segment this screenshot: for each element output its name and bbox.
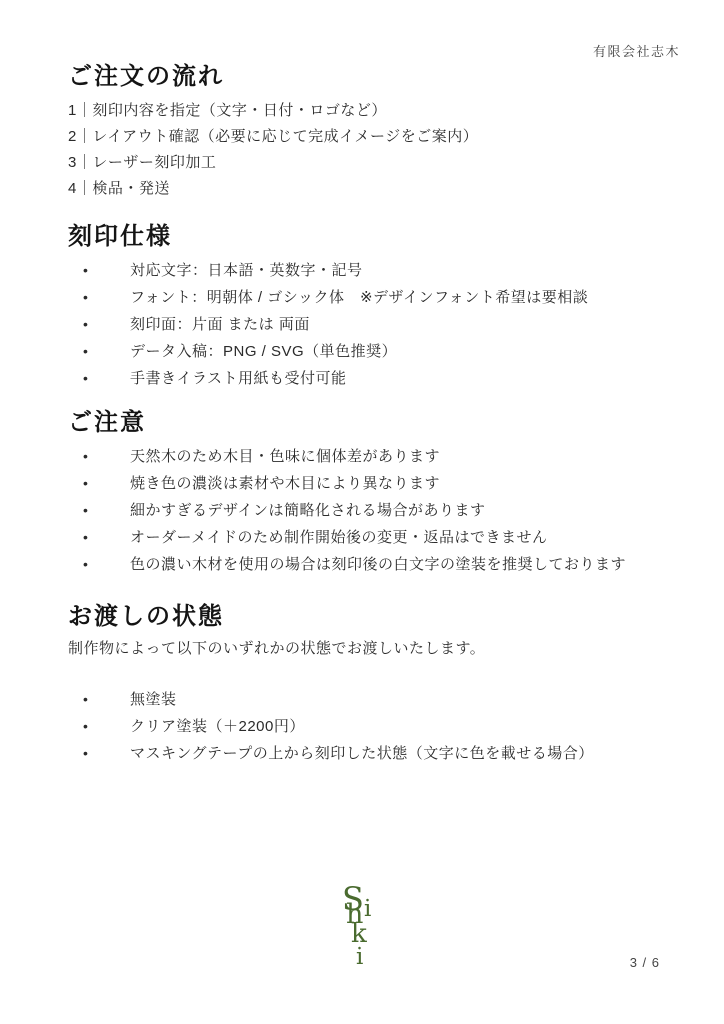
company-name: 有限会社志木 bbox=[593, 41, 680, 60]
specs-heading: 刻印仕様 bbox=[68, 222, 684, 252]
order-step: 1｜刻印内容を指定（文字・日付・ロゴなど） bbox=[68, 98, 684, 124]
caution-item: オーダーメイドのため制作開始後の変更・返品はできません bbox=[68, 524, 684, 551]
caution-item: 色の濃い木材を使用の場合は刻印後の白文字の塗装を推奨しております bbox=[68, 551, 684, 578]
delivery-item: 無塗装 bbox=[68, 686, 684, 713]
cautions-list: 天然木のため木目・色味に個体差があります 焼き色の濃淡は素材や木目により異なりま… bbox=[68, 443, 684, 578]
delivery-intro: 制作物によって以下のいずれかの状態でお渡しいたします。 bbox=[68, 638, 684, 660]
caution-item: 天然木のため木目・色味に個体差があります bbox=[68, 443, 684, 470]
spec-item: 手書きイラスト用紙も受付可能 bbox=[68, 365, 684, 392]
specs-list: 対応文字：日本語・英数字・記号 フォント：明朝体 / ゴシック体 ※デザインフォ… bbox=[68, 257, 684, 392]
order-step: 4｜検品・発送 bbox=[68, 176, 684, 202]
spec-item: データ入稿：PNG / SVG（単色推奨） bbox=[68, 338, 684, 365]
page-content: ご注文の流れ 1｜刻印内容を指定（文字・日付・ロゴなど） 2｜レイアウト確認（必… bbox=[0, 0, 724, 767]
delivery-list: 無塗装 クリア塗装（＋2200円） マスキングテープの上から刻印した状態（文字に… bbox=[68, 686, 684, 767]
logo-letter-i2: i bbox=[356, 944, 363, 968]
caution-item: 焼き色の濃淡は素材や木目により異なります bbox=[68, 470, 684, 497]
caution-item: 細かすぎるデザインは簡略化される場合があります bbox=[68, 497, 684, 524]
shiki-logo: S h i k i bbox=[337, 882, 391, 968]
order-step: 2｜レイアウト確認（必要に応じて完成イメージをご案内） bbox=[68, 124, 684, 150]
order-flow-heading: ご注文の流れ bbox=[68, 62, 684, 92]
page-number: 3 / 6 bbox=[630, 955, 660, 970]
spec-item: 対応文字：日本語・英数字・記号 bbox=[68, 257, 684, 284]
section-cautions: ご注意 天然木のため木目・色味に個体差があります 焼き色の濃淡は素材や木目により… bbox=[68, 408, 684, 578]
order-flow-steps: 1｜刻印内容を指定（文字・日付・ロゴなど） 2｜レイアウト確認（必要に応じて完成… bbox=[68, 98, 684, 202]
delivery-item: マスキングテープの上から刻印した状態（文字に色を載せる場合） bbox=[68, 740, 684, 767]
cautions-heading: ご注意 bbox=[68, 408, 684, 438]
section-engraving-specs: 刻印仕様 対応文字：日本語・英数字・記号 フォント：明朝体 / ゴシック体 ※デ… bbox=[68, 222, 684, 392]
section-order-flow: ご注文の流れ 1｜刻印内容を指定（文字・日付・ロゴなど） 2｜レイアウト確認（必… bbox=[68, 62, 684, 202]
order-step: 3｜レーザー刻印加工 bbox=[68, 150, 684, 176]
document-page: 有限会社志木 ご注文の流れ 1｜刻印内容を指定（文字・日付・ロゴなど） 2｜レイ… bbox=[0, 0, 724, 1024]
spec-item: 刻印面：片面 または 両面 bbox=[68, 311, 684, 338]
delivery-item: クリア塗装（＋2200円） bbox=[68, 713, 684, 740]
section-delivery-state: お渡しの状態 制作物によって以下のいずれかの状態でお渡しいたします。 無塗装 ク… bbox=[68, 602, 684, 767]
spec-item: フォント：明朝体 / ゴシック体 ※デザインフォント希望は要相談 bbox=[68, 284, 684, 311]
delivery-heading: お渡しの状態 bbox=[68, 602, 684, 632]
